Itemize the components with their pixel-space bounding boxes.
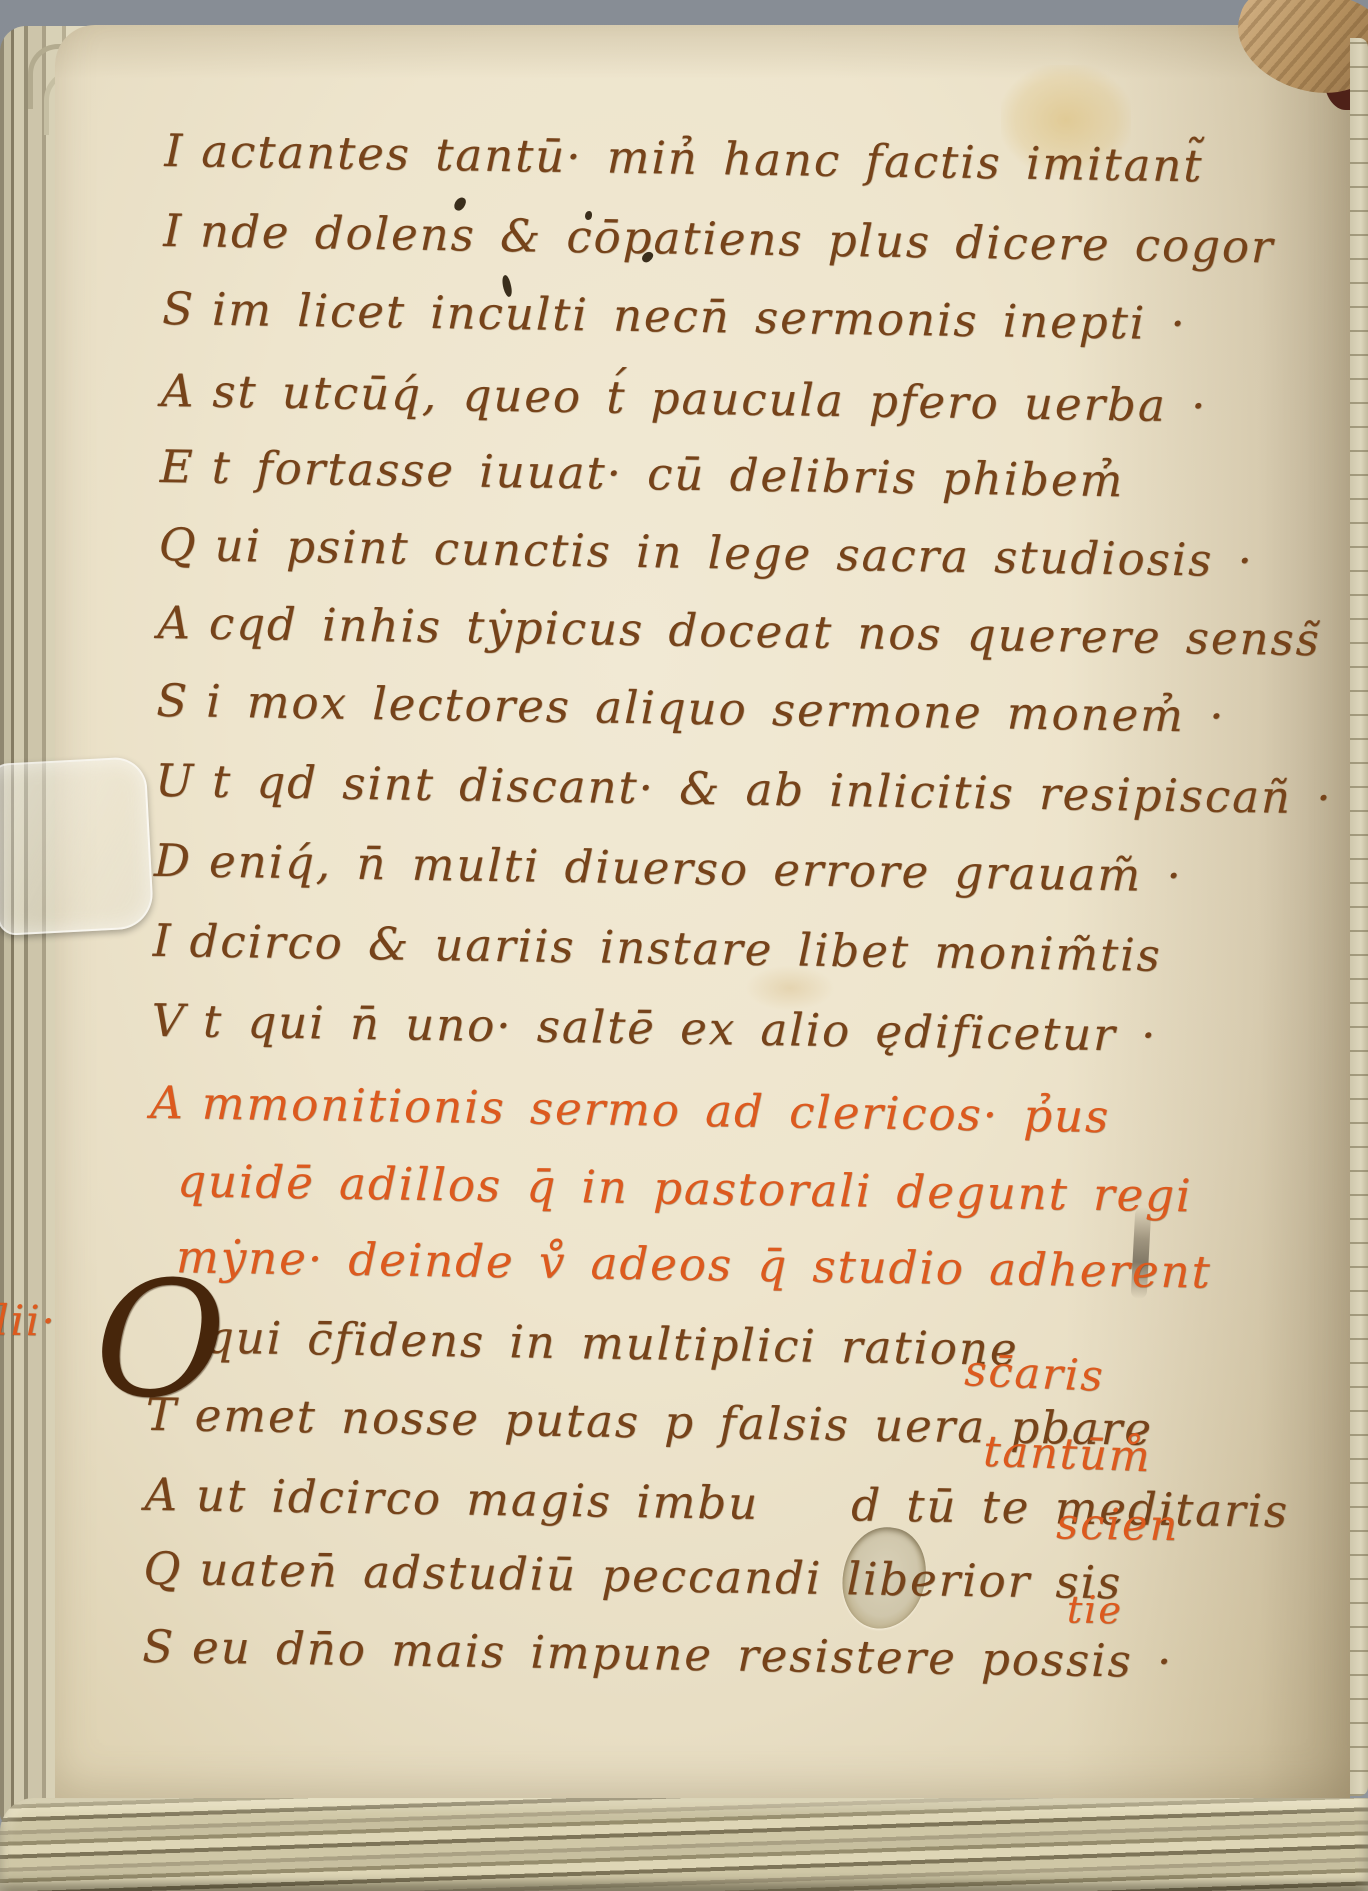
decorated-initial-O: O bbox=[94, 1259, 230, 1421]
line-text: actantes tantū· min̉ hanc factis imitant… bbox=[201, 125, 1204, 193]
line-text: mẏne· deinde v̊ adeos q̄ studio adherent bbox=[176, 1230, 1212, 1298]
line-text: cqd inhis tẏpicus doceat nos querere sen… bbox=[209, 597, 1322, 666]
text-line: Ut qd sint discant· & ab inlicitis resip… bbox=[154, 748, 1333, 843]
line-text: ut idcirco magis imbu bbox=[196, 1469, 760, 1530]
text-line: Iactantes tantū· min̉ hanc factis imitan… bbox=[164, 118, 1204, 211]
margin-gloss-tantum: tantūm̊ bbox=[983, 1427, 1153, 1482]
margin-gloss-tie: tie bbox=[1067, 1588, 1124, 1633]
plastic-page-tab bbox=[0, 756, 154, 936]
line-text: dcirco & uariis instare libet monim̃tis bbox=[189, 914, 1162, 981]
text-line: Deniq́, n̄ multi diuerso errore grauam̃ … bbox=[153, 828, 1183, 921]
manuscript-photo: { "page": { "kind": "medieval manuscript… bbox=[0, 0, 1368, 1891]
line-text: t qui n̄ uno· saltē ex alio ędificetur · bbox=[203, 995, 1158, 1062]
line-initial: Q bbox=[158, 512, 198, 579]
line-initial: I bbox=[163, 198, 184, 264]
line-text: ui psint cunctis in lege sacra studiosis… bbox=[214, 519, 1254, 587]
hole-gap bbox=[759, 1519, 851, 1520]
text-block: Iactantes tantū· min̉ hanc factis imitan… bbox=[141, 118, 1335, 1735]
line-text: mmonitionis sermo ad clericos· p̉us bbox=[201, 1077, 1110, 1143]
line-initial: E bbox=[159, 434, 195, 501]
rubric-line: Ammonitionis sermo ad clericos· p̉us bbox=[150, 1070, 1111, 1162]
line-initial: A bbox=[144, 1462, 179, 1529]
line-text: eniq́, n̄ multi diuerso errore grauam̃ · bbox=[209, 835, 1183, 902]
text-line: Et fortasse iuuat· cū delibris phibem̉ bbox=[159, 434, 1125, 526]
right-page-edges-stack bbox=[1350, 38, 1368, 1796]
line-initial: S bbox=[156, 668, 190, 734]
line-initial: A bbox=[150, 1070, 185, 1137]
text-line: Vt qui n̄ uno· saltē ex alio ędificetur … bbox=[151, 988, 1158, 1081]
line-text: uaten̄ adstudiū peccandi liberior sis bbox=[199, 1543, 1123, 1610]
line-text: t fortasse iuuat· cū delibris phibem̉ bbox=[211, 441, 1124, 508]
text-line: Seu dn̄o mais impune resistere possis · bbox=[142, 1614, 1174, 1707]
line-initial: V bbox=[151, 988, 186, 1055]
line-text: nde dolens & cōpatiens plus dicere cogor bbox=[200, 205, 1275, 274]
line-initial: Q bbox=[143, 1536, 183, 1603]
line-initial: A bbox=[160, 358, 195, 425]
line-text: st utcūq́, queo t́ paucula pfero uerba · bbox=[212, 365, 1208, 433]
line-initial: I bbox=[164, 118, 185, 184]
bottom-page-edges-stack bbox=[0, 1798, 1368, 1891]
line-text: im licet inculti necn̄ sermonis inepti · bbox=[212, 283, 1188, 350]
margin-gloss-scien: scien bbox=[1056, 1499, 1180, 1551]
line-initial: S bbox=[142, 1614, 176, 1680]
line-initial: I bbox=[152, 908, 173, 974]
line-text: qui c̄fidens in multiplici ratione bbox=[205, 1311, 1019, 1376]
text-line: Sim licet inculti necn̄ sermonis inepti … bbox=[161, 276, 1187, 369]
text-line: Si mox lectores aliquo sermone monem̉ · bbox=[156, 668, 1226, 762]
text-line: Quaten̄ adstudiū peccandi liberior sis bbox=[143, 1536, 1123, 1629]
line-text: eu dn̄o mais impune resistere possis · bbox=[192, 1621, 1174, 1689]
margin-gloss-sectaris: sc̄aris bbox=[963, 1346, 1105, 1402]
line-initial: S bbox=[162, 276, 196, 342]
line-text: t qd sint discant· & ab inlicitis resipi… bbox=[212, 755, 1333, 825]
line-initial: U bbox=[155, 748, 196, 815]
text-line: qui c̄fidens in multiplici ratione bbox=[146, 1304, 1019, 1395]
line-text: i mox lectores aliquo sermone monem̉ · bbox=[206, 675, 1226, 743]
line-initial: A bbox=[157, 590, 192, 657]
line-initial: D bbox=[153, 828, 192, 895]
text-line: Idcirco & uariis instare libet monim̃tis bbox=[152, 908, 1162, 1001]
rubric-line: mẏne· deinde v̊ adeos q̄ studio adherent bbox=[175, 1224, 1212, 1317]
line-text: quidē adillos q̄ in pastorali degunt reg… bbox=[177, 1154, 1193, 1222]
margin-chapter-number: lii· bbox=[0, 1296, 57, 1346]
